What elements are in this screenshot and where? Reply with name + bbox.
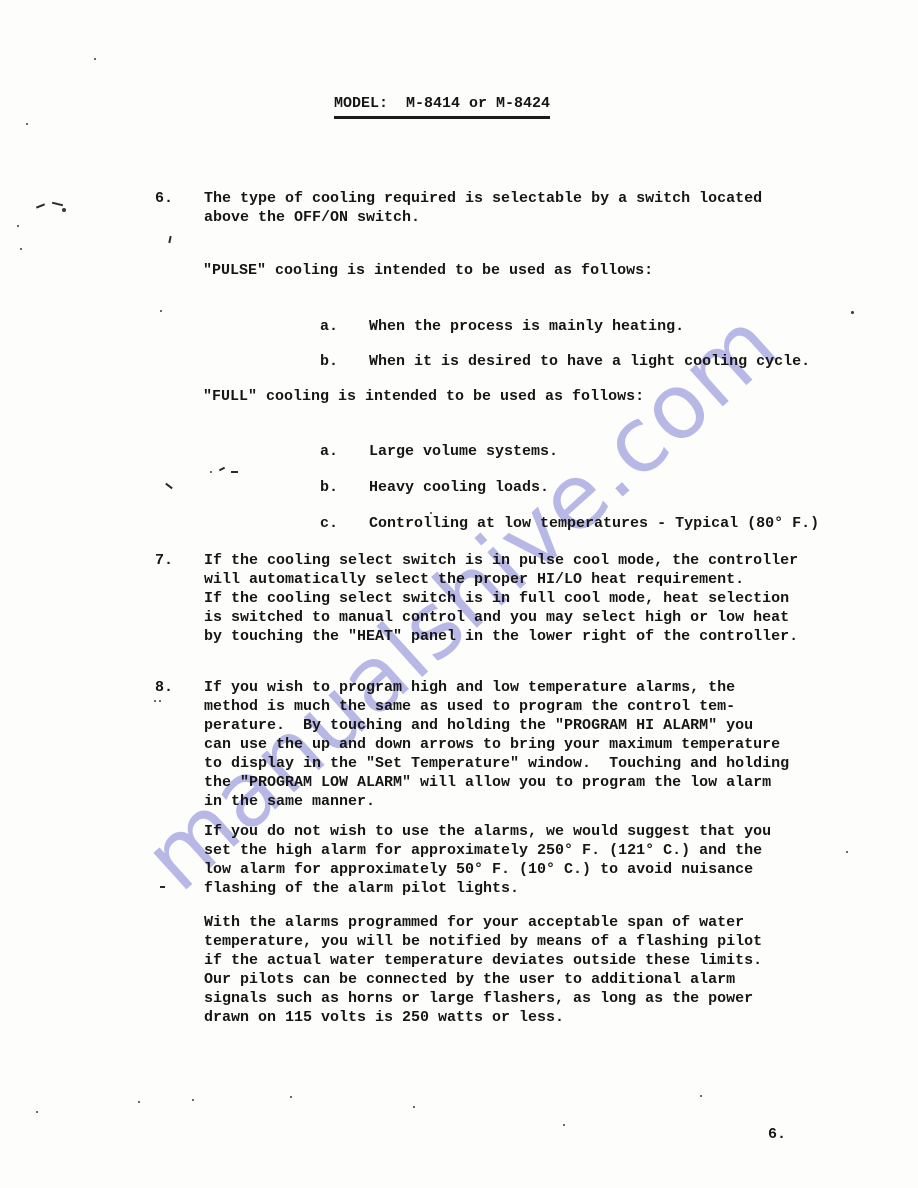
scan-speck xyxy=(851,311,854,314)
scan-scribble xyxy=(160,886,165,888)
sub-item-text: Large volume systems. xyxy=(369,443,558,460)
scan-speck xyxy=(563,1124,565,1126)
scan-speck xyxy=(26,123,28,125)
text-layer: MODEL: M-8414 or M-8424 6. The type of c… xyxy=(0,0,918,1188)
pulse-sub-item-b: b.When it is desired to have a light coo… xyxy=(266,333,810,390)
text-line: in the same manner. xyxy=(204,792,789,811)
text-line: if the actual water temperature deviates… xyxy=(204,951,762,970)
text-line: can use the up and down arrows to bring … xyxy=(204,735,789,754)
text-line: drawn on 115 volts is 250 watts or less. xyxy=(204,1008,762,1027)
sub-item-text: When it is desired to have a light cooli… xyxy=(369,353,810,370)
scan-speck xyxy=(62,208,66,212)
text-line: With the alarms programmed for your acce… xyxy=(204,913,762,932)
full-cooling-intro: "FULL" cooling is intended to be used as… xyxy=(203,387,644,406)
sub-item-text: Heavy cooling loads. xyxy=(369,479,549,496)
text-line: is switched to manual control and you ma… xyxy=(204,608,798,627)
text-line: If you wish to program high and low temp… xyxy=(204,678,789,697)
sub-item-text: Controlling at low temperatures - Typica… xyxy=(369,515,819,532)
text-line: to display in the "Set Temperature" wind… xyxy=(204,754,789,773)
item-6-paragraph: The type of cooling required is selectab… xyxy=(204,189,762,227)
alarm-pilots-paragraph: With the alarms programmed for your acce… xyxy=(204,913,762,1027)
list-item-number: 6. xyxy=(155,189,173,208)
text-line: If the cooling select switch is in full … xyxy=(204,589,798,608)
pulse-cooling-intro: "PULSE" cooling is intended to be used a… xyxy=(203,261,653,280)
text-line: above the OFF/ON switch. xyxy=(204,208,762,227)
scan-speck xyxy=(846,851,848,853)
scan-speck xyxy=(413,1106,415,1108)
text-line: the "PROGRAM LOW ALARM" will allow you t… xyxy=(204,773,789,792)
text-line: Our pilots can be connected by the user … xyxy=(204,970,762,989)
text-line: If the cooling select switch is in pulse… xyxy=(204,551,798,570)
text-line: "PULSE" cooling is intended to be used a… xyxy=(203,261,653,280)
scan-speck xyxy=(94,58,96,60)
scan-speck xyxy=(20,248,22,250)
scanned-manual-page: manualshive.com MODEL: M-8414 or M-8424 … xyxy=(0,0,918,1188)
scan-scribble xyxy=(231,471,238,473)
text-line: "FULL" cooling is intended to be used as… xyxy=(203,387,644,406)
scan-speck xyxy=(36,1111,38,1113)
text-line: method is much the same as used to progr… xyxy=(204,697,789,716)
alarm-defaults-paragraph: If you do not wish to use the alarms, we… xyxy=(204,822,771,898)
text-line: perature. By touching and holding the "P… xyxy=(204,716,789,735)
text-line: low alarm for approximately 50° F. (10° … xyxy=(204,860,771,879)
sub-item-label: c. xyxy=(320,514,369,533)
list-item-number: 8. xyxy=(155,678,173,697)
list-item-number: 7. xyxy=(155,551,173,570)
page-number: 6. xyxy=(768,1126,786,1143)
text-line: temperature, you will be notified by mea… xyxy=(204,932,762,951)
scan-speck xyxy=(159,700,161,702)
text-line: by touching the "HEAT" panel in the lowe… xyxy=(204,627,798,646)
scan-speck xyxy=(430,512,432,514)
scan-speck xyxy=(17,225,19,227)
item-7-paragraph: If the cooling select switch is in pulse… xyxy=(204,551,798,646)
scan-speck xyxy=(154,700,156,702)
text-line: signals such as horns or large flashers,… xyxy=(204,989,762,1008)
text-line: The type of cooling required is selectab… xyxy=(204,189,762,208)
scan-speck xyxy=(138,1101,140,1103)
text-line: will automatically select the proper HI/… xyxy=(204,570,798,589)
scan-speck xyxy=(210,471,212,473)
scan-speck xyxy=(290,1096,292,1098)
scan-speck xyxy=(160,310,162,312)
full-sub-item-c: c.Controlling at low temperatures - Typi… xyxy=(266,495,819,552)
text-line: If you do not wish to use the alarms, we… xyxy=(204,822,771,841)
sub-item-label: b. xyxy=(320,352,369,371)
page-title: MODEL: M-8414 or M-8424 xyxy=(334,95,550,119)
scan-speck xyxy=(700,1095,702,1097)
text-line: set the high alarm for approximately 250… xyxy=(204,841,771,860)
text-line: flashing of the alarm pilot lights. xyxy=(204,879,771,898)
scan-speck xyxy=(192,1099,194,1101)
item-8-paragraph: If you wish to program high and low temp… xyxy=(204,678,789,811)
